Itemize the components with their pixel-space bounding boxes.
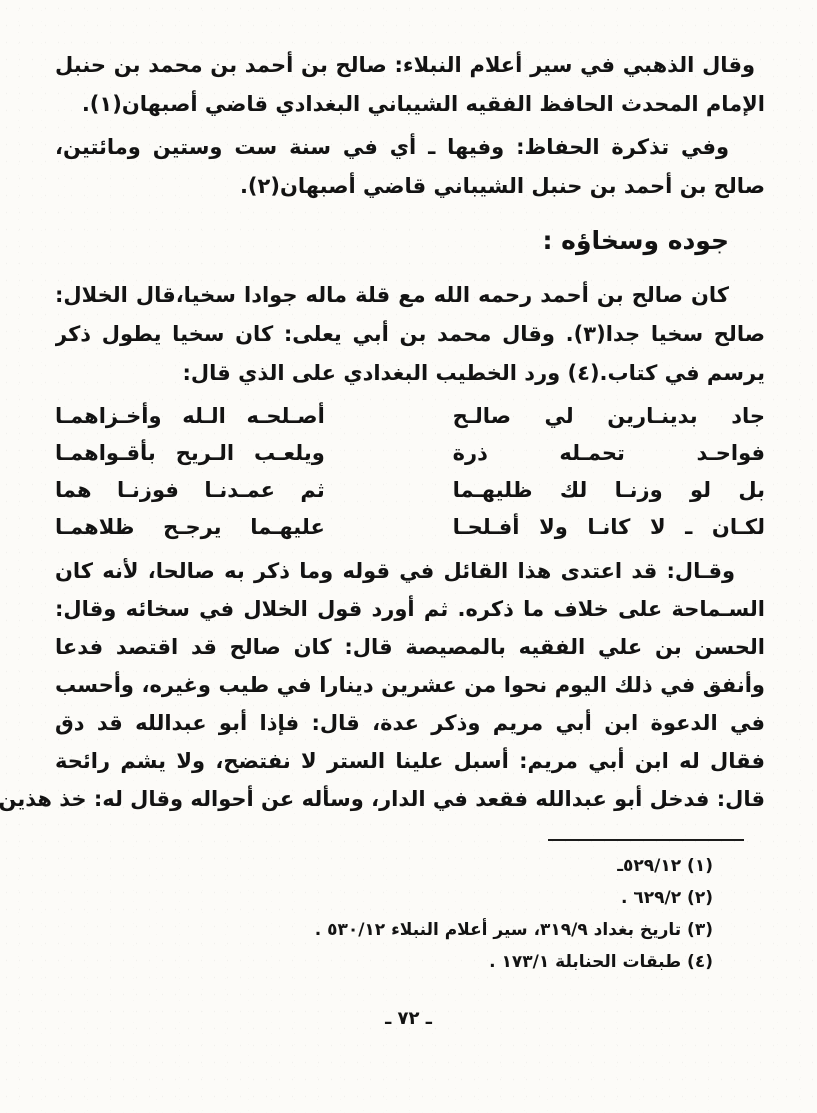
text-line: قال: فدخل أبو عبدالله فقعد في الدار، وسأ… [55, 780, 765, 818]
section-heading-text: جوده وسخاؤه : [55, 221, 765, 260]
scanned-book-page: وقال الذهبي في سير أعلام النبلاء: صالح ب… [0, 0, 817, 1113]
page-number: ـ ٧٢ ـ [0, 1008, 817, 1029]
text-line: وفي تذكرة الحفاظ: وفيها ـ أي في سنة ست و… [55, 128, 765, 167]
poem-verse: لكـان ـ لا كانـا ولا أفـلحـا عليهـما يرج… [55, 509, 765, 546]
text-line: السـماحة على خلاف ما ذكره. ثم أورد قول ا… [55, 590, 765, 628]
paragraph-generosity-intro: كان صالح بن أحمد رحمه الله مع قلة ماله ج… [55, 276, 765, 393]
paragraph-tadhkirat-alhuffaz-quote: وفي تذكرة الحفاظ: وفيها ـ أي في سنة ست و… [55, 128, 765, 206]
poem-hemistich-left: ويلعـب الـريح بأقـواهمـا [55, 435, 325, 472]
text-line: الحسن بن علي الفقيه بالمصيصة قال: كان صا… [55, 628, 765, 666]
poem-hemistich-right: فواحـد تحمـله ذرة [453, 435, 765, 472]
poem-verse: جاد بدينـارين لي صالـح أصـلحـه الـله وأخ… [55, 398, 765, 435]
poem-hemistich-left: أصـلحـه الـله وأخـزاهمـا [55, 398, 325, 435]
text-line: صالح بن أحمد بن حنبل الشيباني قاضي أصبها… [55, 167, 765, 206]
poem-hemistich-left: عليهـما يرجـح ظلاهمـا [55, 509, 325, 546]
text-line: فقال له ابن أبي مريم: أسبل علينا الستر ل… [55, 742, 765, 780]
text-line: الإمام المحدث الحافظ الفقيه الشيباني الب… [55, 85, 765, 124]
text-line: وأنفق في ذلك اليوم نحوا من عشرين دينارا … [55, 666, 765, 704]
text-line: يرسم في كتاب.(٤) ورد الخطيب البغدادي على… [55, 354, 765, 393]
paragraph-dhahabi-quote: وقال الذهبي في سير أعلام النبلاء: صالح ب… [55, 46, 765, 124]
footnote: (٣) تاريخ بغداد ٣١٩/٩، سير أعلام النبلاء… [55, 914, 765, 946]
footnote: (٢) ٦٢٩/٢ . [55, 882, 765, 914]
poem-verse: فواحـد تحمـله ذرة ويلعـب الـريح بأقـواهم… [55, 435, 765, 472]
text-line: كان صالح بن أحمد رحمه الله مع قلة ماله ج… [55, 276, 765, 315]
text-line: صالح سخيا جدا(٣). وقال محمد بن أبي يعلى:… [55, 315, 765, 354]
footnote: (١) ٥٢٩/١٢ـ [55, 850, 765, 882]
footnote-divider-rule [548, 839, 744, 841]
text-line: وقـال: قد اعتدى هذا القائل في قوله وما ذ… [55, 552, 765, 590]
paragraph-khatib-response: وقـال: قد اعتدى هذا القائل في قوله وما ذ… [55, 552, 765, 818]
text-line: وقال الذهبي في سير أعلام النبلاء: صالح ب… [55, 46, 765, 85]
poem-hemistich-right: جاد بدينـارين لي صالـح [453, 398, 765, 435]
poem-two-dinars: جاد بدينـارين لي صالـح أصـلحـه الـله وأخ… [55, 398, 765, 546]
poem-hemistich-right: لكـان ـ لا كانـا ولا أفـلحـا [453, 509, 765, 546]
poem-hemistich-left: ثم عمـدنـا فوزنـا هما [55, 472, 325, 509]
poem-hemistich-right: بل لو وزنـا لك ظليهـما [453, 472, 765, 509]
section-heading-generosity: جوده وسخاؤه : [55, 221, 765, 261]
poem-verse: بل لو وزنـا لك ظليهـما ثم عمـدنـا فوزنـا… [55, 472, 765, 509]
footnote: (٤) طبقات الحنابلة ١٧٣/١ . [55, 946, 765, 978]
footnotes: (١) ٥٢٩/١٢ـ (٢) ٦٢٩/٢ . (٣) تاريخ بغداد … [55, 850, 765, 978]
text-line: في الدعوة ابن أبي مريم وذكر عدة، قال: فإ… [55, 704, 765, 742]
